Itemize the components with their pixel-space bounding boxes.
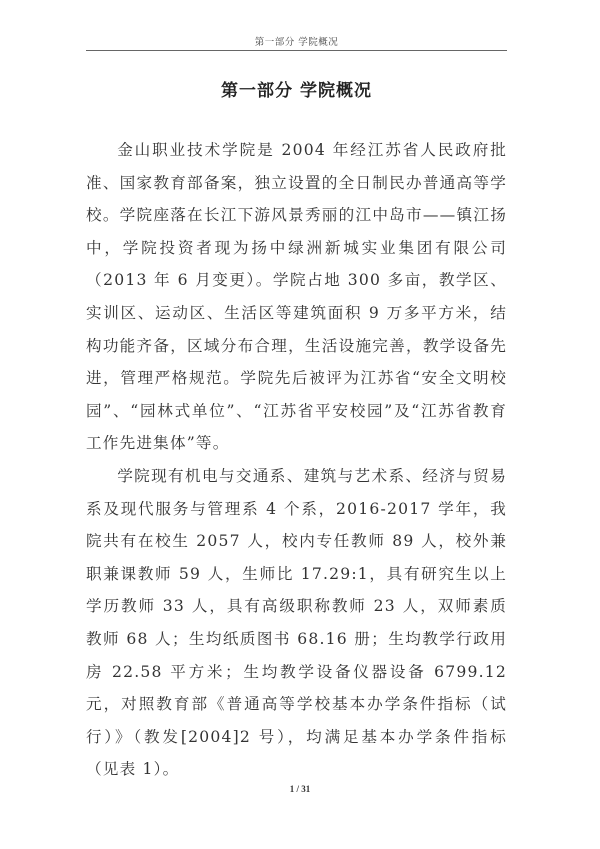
page-number: 1 / 31 <box>0 784 600 794</box>
running-header: 第一部分 学院概况 <box>86 34 507 50</box>
header-divider <box>86 50 507 51</box>
document-body: 金山职业技术学院是 2004 年经江苏省人民政府批准、国家教育部备案，独立设置的… <box>86 134 507 786</box>
paragraph-college-overview: 金山职业技术学院是 2004 年经江苏省人民政府批准、国家教育部备案，独立设置的… <box>86 134 507 460</box>
paragraph-departments-statistics: 学院现有机电与交通系、建筑与艺术系、经济与贸易系及现代服务与管理系 4 个系，2… <box>86 460 507 786</box>
page-title: 第一部分 学院概况 <box>86 76 507 101</box>
